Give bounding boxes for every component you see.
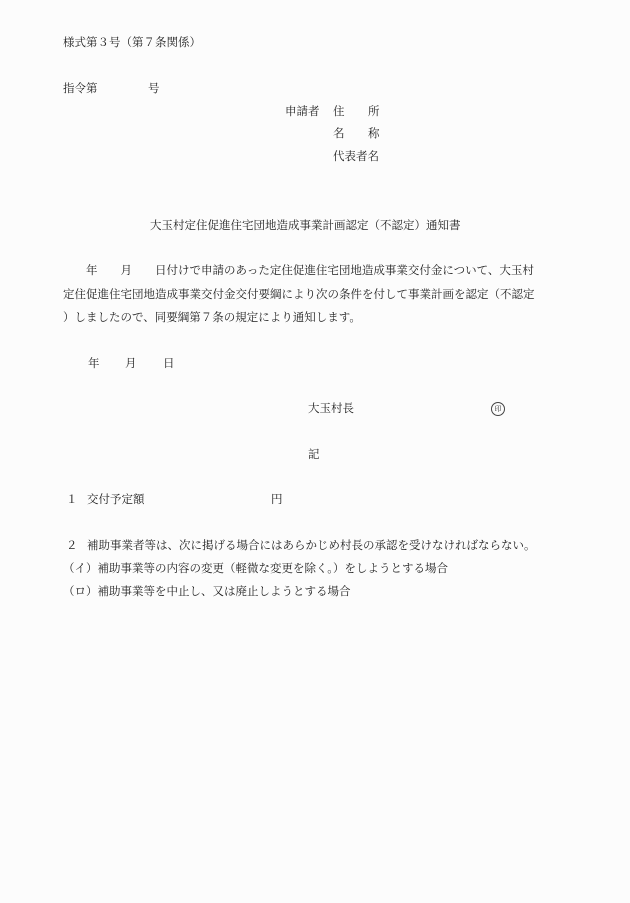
directive-suffix: 号 [148,81,160,95]
directive-prefix: 指令第 [63,81,98,95]
seal-icon: 印 [491,402,505,416]
item-1-unit: 円 [271,492,283,506]
body-line-2: 定住促進住宅団地造成事業交付金交付要綱により次の条件を付して事業計画を認定（不認… [63,287,573,301]
applicant-label: 申請者 [285,104,320,118]
name-label-2: 称 [368,126,380,140]
date-day: 日 [163,356,175,370]
body-line-3: ）しましたので、同要綱第７条の規定により通知します。 [63,310,573,324]
date-month: 月 [125,356,137,370]
address-label-2: 所 [368,104,380,118]
item-1-label: 交付予定額 [87,492,145,506]
item-2-subitem-i: （イ）補助事業等の内容の変更（軽微な変更を除く。）をしようとする場合 [63,561,448,575]
address-label-1: 住 [333,104,345,118]
representative-label: 代表者名 [333,149,379,163]
date-year: 年 [88,356,100,370]
signatory-name: 大玉村長 [308,401,354,415]
form-number: 様式第３号（第７条関係） [63,35,201,49]
item-2-subitem-ro: （ロ）補助事業等を中止し、又は廃止しようとする場合 [63,584,351,598]
name-label-1: 名 [333,126,345,140]
item-2-number: ２ [66,538,78,552]
item-2-text: 補助事業者等は、次に掲げる場合にはあらかじめ村長の承認を受けなければならない。 [87,538,536,552]
ki-heading: 記 [308,447,320,461]
document-title: 大玉村定住促進住宅団地造成事業計画認定（不認定）通知書 [150,218,461,232]
item-1-number: １ [66,492,78,506]
body-line-1: 年 月 日付けで申請のあった定住促進住宅団地造成事業交付金について、大玉村 [63,263,573,277]
